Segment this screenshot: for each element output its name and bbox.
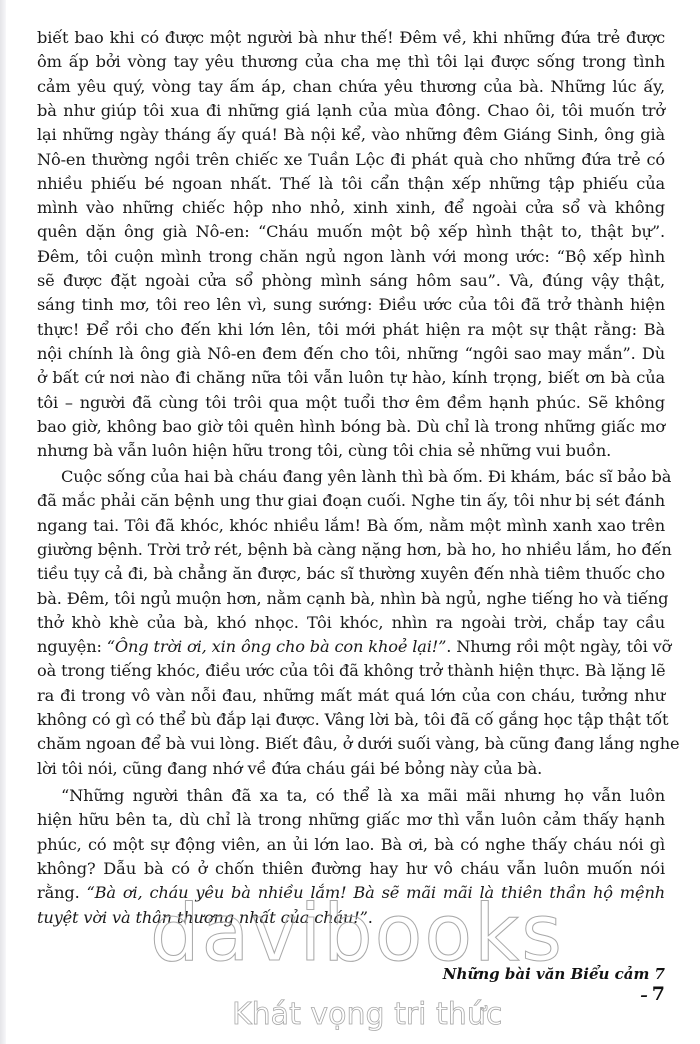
text-line: ngang tai. Tôi đã khóc, khóc nhiều lắm! … xyxy=(37,514,665,538)
page-binding-edge xyxy=(0,0,6,1044)
text-line: đã mắc phải căn bệnh ung thư giai đoạn c… xyxy=(37,489,665,513)
text-line: chăm ngoan để bà vui lòng. Biết đâu, ở d… xyxy=(37,732,665,756)
book-title: Những bài văn Biểu cảm 7 – xyxy=(443,965,665,1004)
text-line: oà trong tiếng khóc, điều ước của tôi đã… xyxy=(37,659,665,683)
text-line: tôi – người đã cùng tôi trôi qua một tuổ… xyxy=(37,391,665,415)
text-line: quên dặn ông già Nô-en: “Cháu muốn một b… xyxy=(37,220,665,244)
text-run: nguyện: xyxy=(37,637,107,656)
text-line: tiều tụy cả đi, bà chẳng ăn được, bác sĩ… xyxy=(37,562,665,586)
page-footer: Những bài văn Biểu cảm 7 –7 xyxy=(440,965,665,1005)
text-line: ở bất cứ nơi nào đi chăng nữa tôi vẫn lu… xyxy=(37,366,665,390)
page-number: 7 xyxy=(652,983,665,1005)
text-run: rằng. xyxy=(37,883,87,902)
text-line: Nô-en thường ngồi trên chiếc xe Tuần Lộc… xyxy=(37,148,665,172)
text-line: bà. Đêm, tôi ngủ muộn hơn, nằm cạnh bà, … xyxy=(37,587,665,611)
text-line: không? Dẫu bà có ở chốn thiên đường hay … xyxy=(37,857,665,881)
text-line: nhiều phiếu bé ngoan nhất. Thế là tôi cẩ… xyxy=(37,172,665,196)
text-line: giường bệnh. Trời trở rét, bệnh bà càng … xyxy=(37,538,665,562)
text-line: ra đi trong vô vàn nỗi đau, những mất má… xyxy=(37,684,665,708)
text-line: thực! Để rồi cho đến khi lớn lên, tôi mớ… xyxy=(37,318,665,342)
text-run: . Nhưng rồi một ngày, tôi vỡ xyxy=(446,637,671,656)
watermark-brand: davibooks xyxy=(150,895,564,973)
text-line: lời tôi nói, cũng đang nhớ về đứa cháu g… xyxy=(37,757,665,781)
text-line: thở khò khè của bà, khó nhọc. Tôi khóc, … xyxy=(37,611,665,635)
text-line: ôm ấp bởi vòng tay yêu thương của cha mẹ… xyxy=(37,50,665,74)
text-line: sẽ được đặt ngoài cửa sổ phòng mình sáng… xyxy=(37,269,665,293)
text-line: biết bao khi có được một người bà như th… xyxy=(37,26,665,50)
text-line: nhưng bà vẫn luôn hiện hữu trong tôi, cù… xyxy=(37,439,665,463)
text-line: cảm yêu quý, vòng tay ấm áp, chan chứa y… xyxy=(37,75,665,99)
text-line: Đêm, tôi cuộn mình trong chăn ngủ ngon l… xyxy=(37,245,665,269)
text-line: bà như giúp tôi xua đi những giá lạnh củ… xyxy=(37,99,665,123)
text-line: Cuộc sống của hai bà cháu đang yên lành … xyxy=(37,465,665,489)
text-line: phúc, có một sự động viên, an ủi lớn lao… xyxy=(37,833,665,857)
text-line: hiện hữu bên ta, dù chỉ là trong những g… xyxy=(37,808,665,832)
text-line: nguyện: “Ông trời ơi, xin ông cho bà con… xyxy=(37,635,665,659)
text-line: bao giờ, không bao giờ tôi quên hình bón… xyxy=(37,415,665,439)
text-line: nội chính là ông già Nô-en đem đến cho t… xyxy=(37,342,665,366)
text-line: không có gì có thể bù đắp lại được. Vâng… xyxy=(37,708,665,732)
italic-quote: “Ông trời ơi, xin ông cho bà con khoẻ lạ… xyxy=(107,637,447,656)
text-line: lại những ngày tháng ấy quá! Bà nội kể, … xyxy=(37,123,665,147)
text-line: “Những người thân đã xa ta, có thể là xa… xyxy=(37,784,665,808)
text-line: mình vào những chiếc hộp nho nhỏ, xinh x… xyxy=(37,196,665,220)
text-line: sáng tinh mơ, tôi reo lên vì, sung sướng… xyxy=(37,293,665,317)
